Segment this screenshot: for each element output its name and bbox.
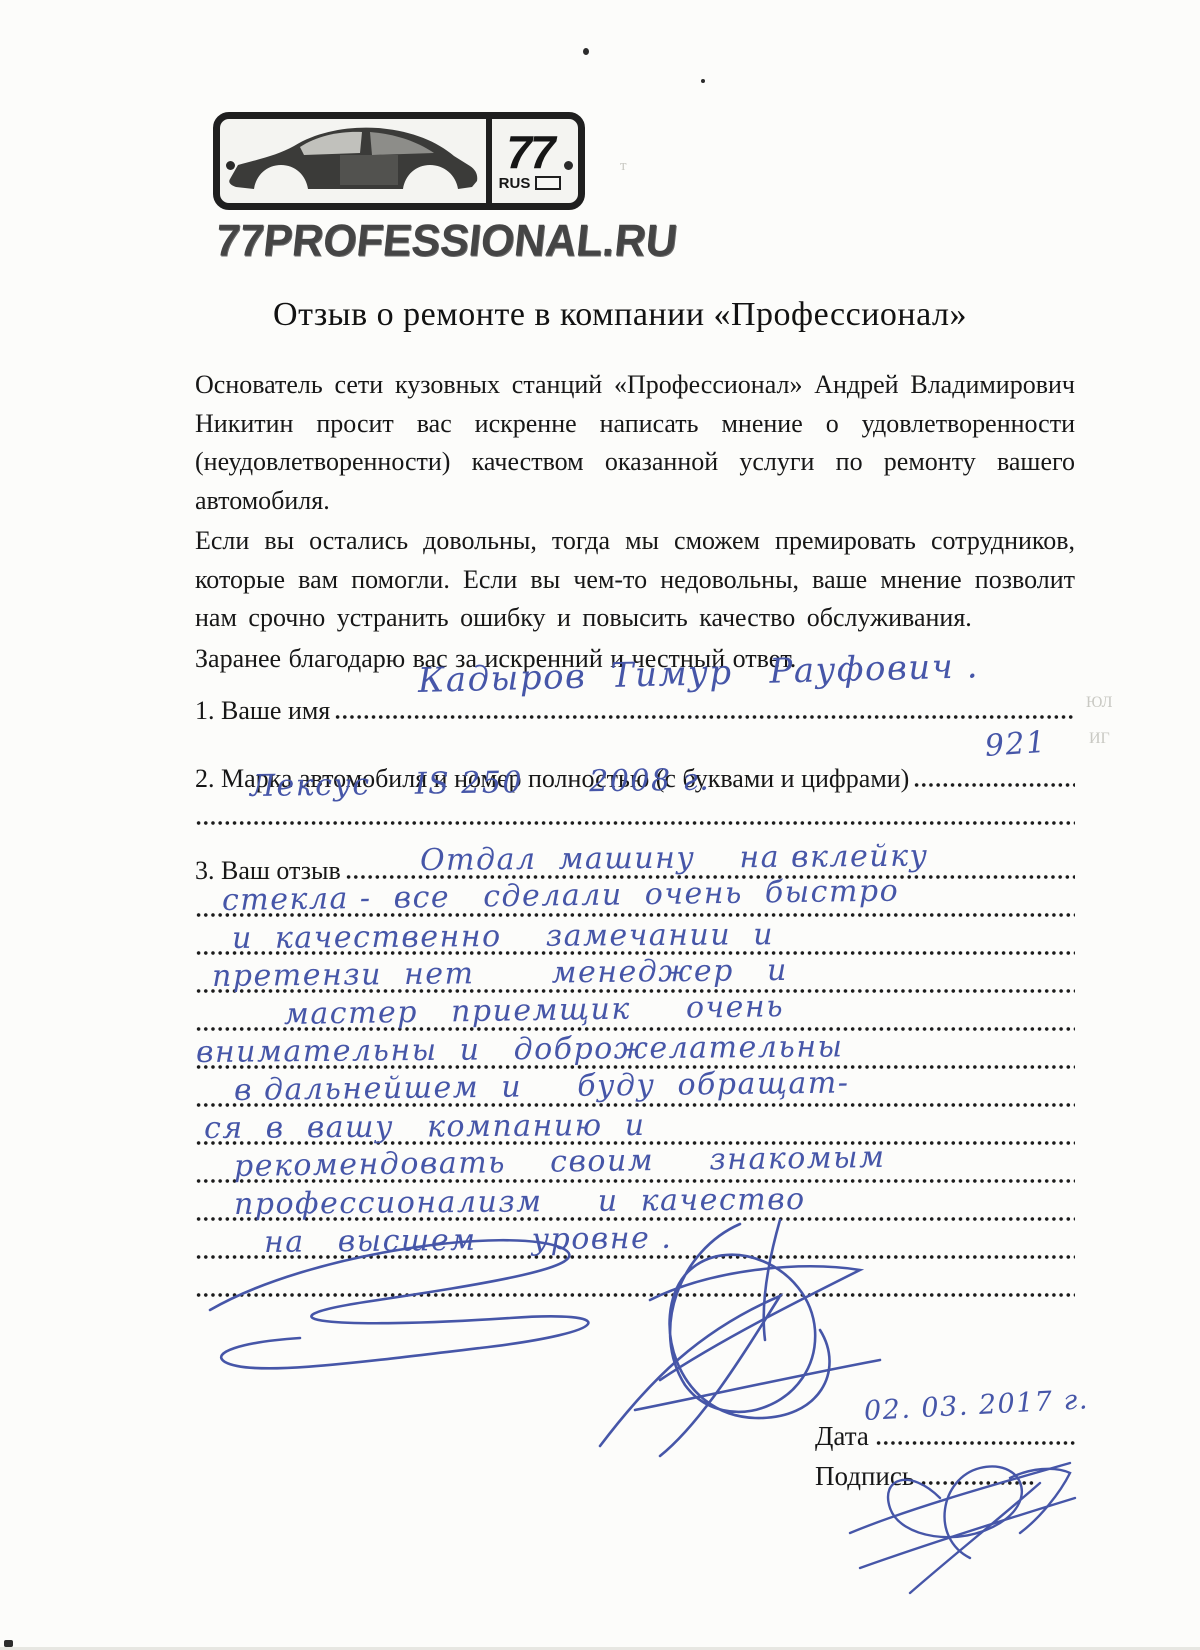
- handwritten-review-line: в дальнейшем и буду обращат-: [234, 1068, 850, 1106]
- badge-rivet-icon: [226, 161, 235, 170]
- dotted-line: [334, 714, 1075, 720]
- badge-rivet-icon: [564, 161, 573, 170]
- scan-speck: [701, 79, 705, 83]
- flag-icon: [535, 176, 561, 190]
- handwritten-review-line: мастер приемщик очень: [284, 992, 784, 1030]
- plate-region-code: RUS: [499, 175, 531, 192]
- license-plate-region: 77 RUS: [486, 119, 578, 203]
- intro-paragraph-1: Основатель сети кузовных станций «Профес…: [195, 366, 1075, 520]
- intro-paragraph-2: Если вы остались довольны, тогда мы смож…: [195, 522, 1075, 638]
- handwritten-review-line: ся в вашу компанию и: [204, 1111, 646, 1144]
- handwritten-review-line: Отдал машину на вклейку: [420, 842, 929, 876]
- handwritten-review-line: претензи нет менеджер и: [212, 956, 788, 992]
- handwritten-review-line: рекомендовать своим знакомым: [234, 1143, 886, 1182]
- company-logo: 77 RUS 77PROFESSIONAL.RU: [213, 112, 593, 267]
- handwritten-review-line: внимательны и доброжелательны: [196, 1032, 844, 1068]
- scanned-feedback-form: 77 RUS 77PROFESSIONAL.RU Отзыв о ремонте…: [0, 0, 1200, 1650]
- logo-site-text: 77PROFESSIONAL.RU: [213, 216, 598, 267]
- scan-speck: [583, 48, 589, 55]
- signature-scribble: [820, 1438, 1100, 1598]
- scan-bleed-mark: ИГ: [1089, 730, 1110, 748]
- handwritten-car-model: Лексус IS 250 2008 г.: [250, 766, 711, 802]
- scan-speck: [4, 1640, 13, 1647]
- logo-badge: 77 RUS: [213, 112, 585, 210]
- scan-bleed-mark: ЮЛ: [1086, 694, 1113, 712]
- field-name-row: 1. Ваше имя: [195, 690, 1075, 726]
- field-name-label: 1. Ваше имя: [195, 696, 334, 726]
- form-title: Отзыв о ремонте в компании «Профессионал…: [150, 296, 1090, 334]
- handwritten-car-number: 921: [984, 728, 1048, 762]
- dotted-line: [195, 820, 1075, 826]
- plate-number: 77: [506, 131, 553, 173]
- car-silhouette-icon: [220, 119, 486, 203]
- signature-scribble: [180, 1210, 920, 1460]
- handwritten-review-line: и качественно замечании и: [232, 920, 774, 954]
- dotted-line: [913, 782, 1075, 788]
- scan-bleed-mark: т: [620, 158, 627, 175]
